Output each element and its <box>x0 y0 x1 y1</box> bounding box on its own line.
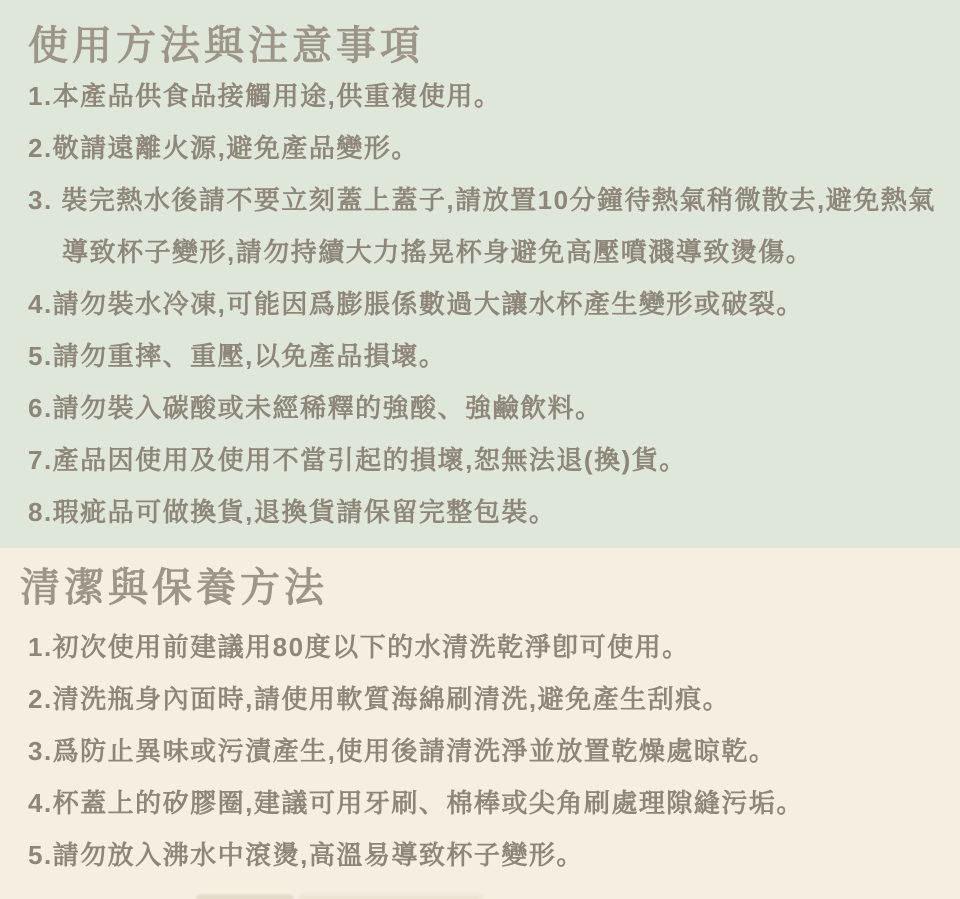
usage-section: 使用方法與注意事項 1.本產品供食品接觸用途,供重複使用。 2.敬請遠離火源,避… <box>0 0 960 548</box>
usage-item-3-line-2: 導致杯子變形,請勿持續大力搖晃杯身避免高壓噴濺導致燙傷。 <box>28 226 932 278</box>
product-notice-page: 使用方法與注意事項 1.本產品供食品接觸用途,供重複使用。 2.敬請遠離火源,避… <box>0 0 960 899</box>
usage-item-8: 8.瑕疵品可做換貨,退換貨請保留完整包裝。 <box>28 486 932 538</box>
usage-section-title: 使用方法與注意事項 <box>28 22 932 70</box>
usage-item-2: 2.敬請遠離火源,避免產品變形。 <box>28 122 932 174</box>
care-item-3: 3.爲防止異味或污漬產生,使用後請清洗淨並放置乾燥處晾乾。 <box>28 725 932 777</box>
care-section-title: 清潔與保養方法 <box>20 564 932 612</box>
care-item-4: 4.杯蓋上的矽膠圈,建議可用牙刷、棉棒或尖角刷處理隙縫污垢。 <box>28 777 932 829</box>
usage-item-7: 7.產品因使用及使用不當引起的損壞,恕無法退(換)貨。 <box>28 434 932 486</box>
usage-item-1: 1.本產品供食品接觸用途,供重複使用。 <box>28 70 932 122</box>
bottom-cutoff-graphic-right <box>298 894 483 899</box>
usage-item-4: 4.請勿裝水冷凍,可能因爲膨脹係數過大讓水杯產生變形或破裂。 <box>28 278 932 330</box>
care-item-5: 5.請勿放入沸水中滾燙,高溫易導致杯子變形。 <box>28 829 932 881</box>
usage-item-5: 5.請勿重摔、重壓,以免產品損壞。 <box>28 330 932 382</box>
care-item-1: 1.初次使用前建議用80度以下的水清洗乾淨卽可使用。 <box>28 621 932 673</box>
care-section: 清潔與保養方法 1.初次使用前建議用80度以下的水清洗乾淨卽可使用。 2.清洗瓶… <box>0 548 960 899</box>
usage-item-3-line-1: 3. 裝完熱水後請不要立刻蓋上蓋子,請放置10分鐘待熱氣稍微散去,避免熱氣 <box>28 174 932 226</box>
bottom-cutoff-graphic-left <box>196 894 294 899</box>
usage-item-6: 6.請勿裝入碳酸或未經稀釋的強酸、強鹼飲料。 <box>28 382 932 434</box>
care-item-2: 2.清洗瓶身內面時,請使用軟質海綿刷清洗,避免產生刮痕。 <box>28 673 932 725</box>
